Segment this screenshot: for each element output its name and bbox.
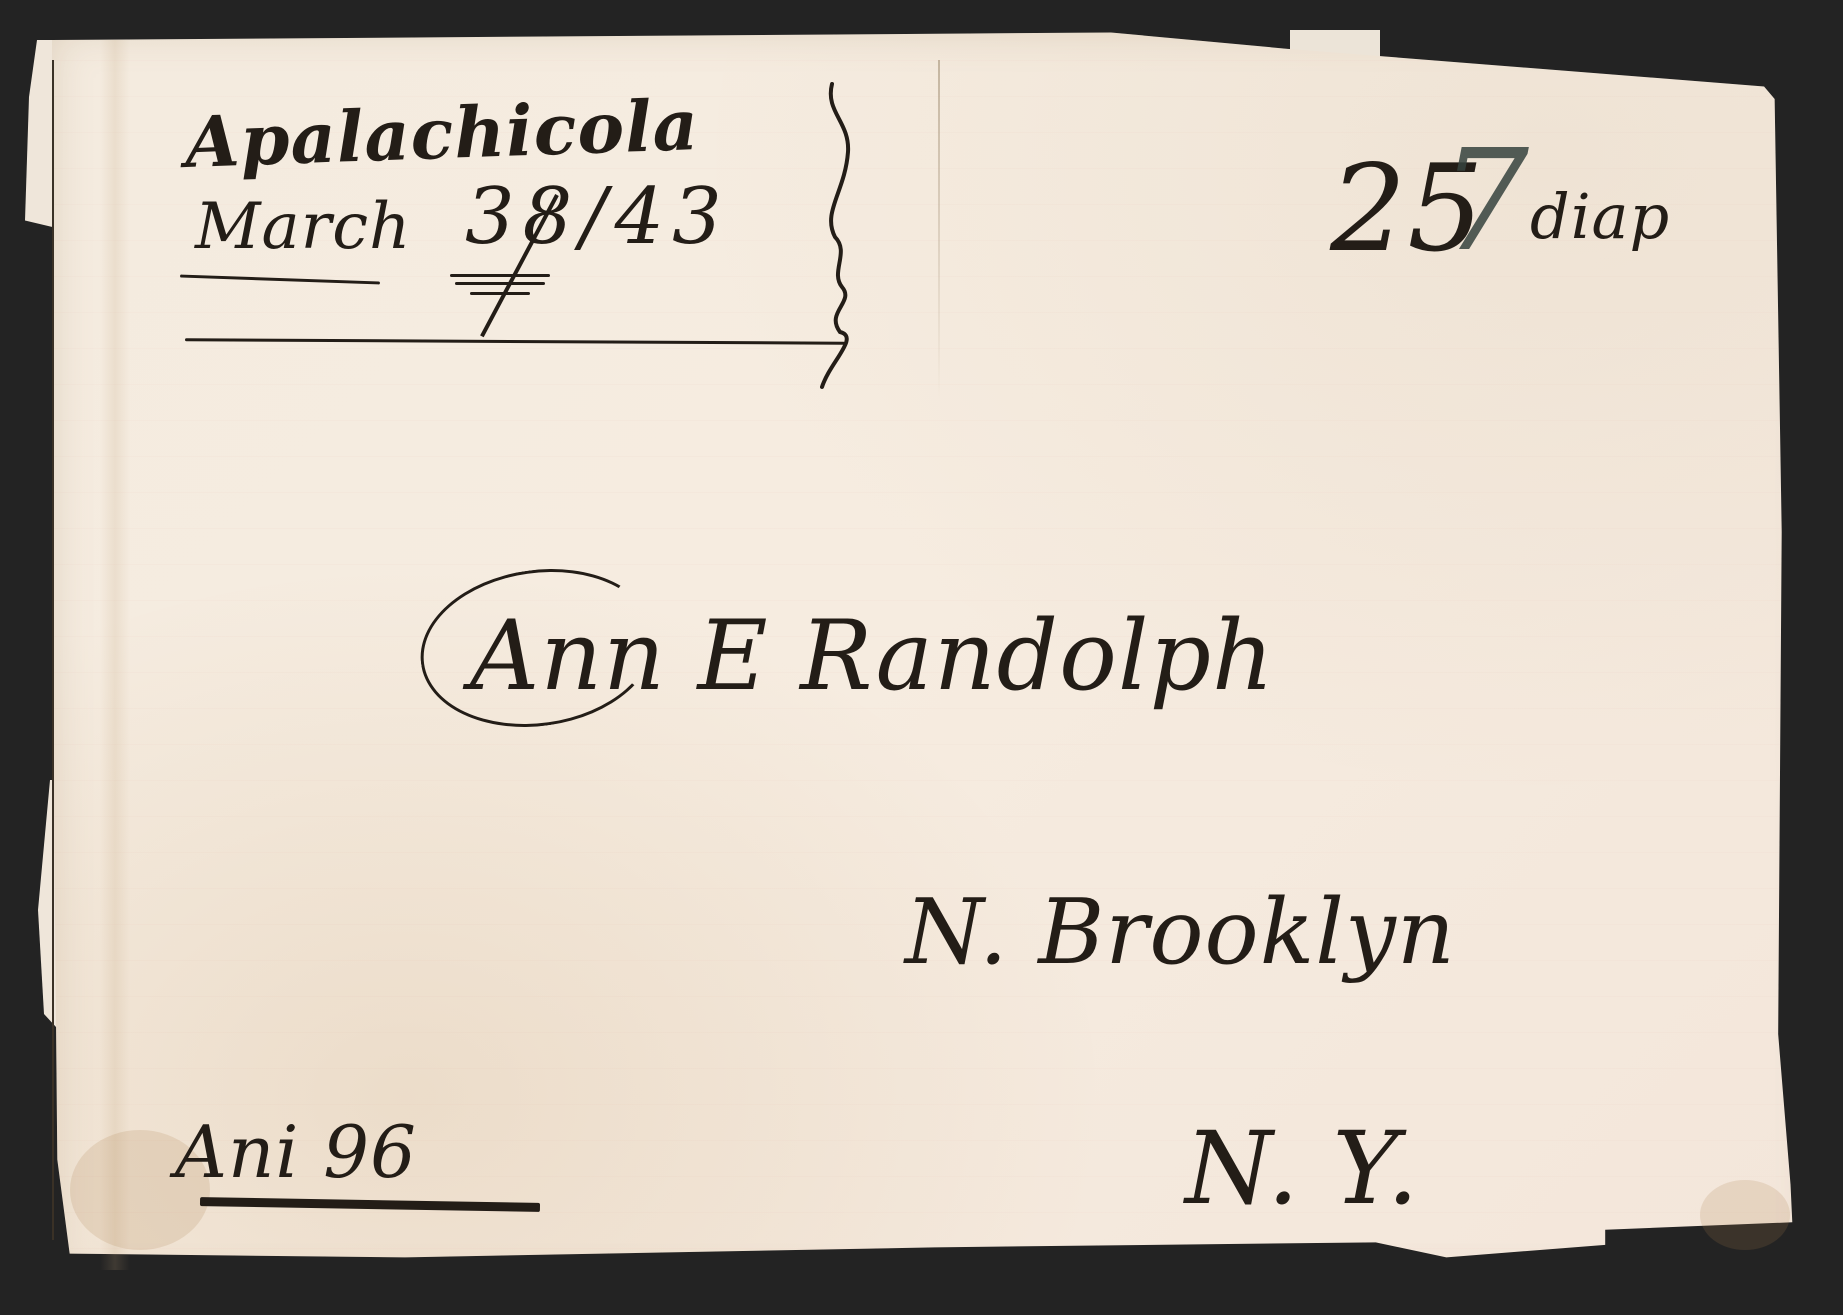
brace-flourish <box>820 82 880 392</box>
rate-mark: 7 <box>1440 120 1530 283</box>
cover-scan: Apalachicola March 38/43 25 7 diap Ann E… <box>0 0 1843 1315</box>
date-underline <box>455 282 545 285</box>
sheet-edge <box>52 60 54 1240</box>
address-state: N. Y. <box>1185 1110 1420 1227</box>
fold-crease-top <box>938 60 940 400</box>
origin-date: 38/43 <box>465 172 730 262</box>
addressee-name: Ann E Randolph <box>470 600 1275 712</box>
date-underline <box>470 292 530 295</box>
age-stain <box>1700 1180 1790 1250</box>
fold-crease-left <box>100 40 130 1270</box>
address-city: N. Brooklyn <box>905 880 1456 985</box>
date-underline <box>450 274 550 277</box>
docket-note: Ani 96 <box>175 1110 417 1194</box>
rate-note: diap <box>1530 180 1670 253</box>
origin-month: March <box>195 190 411 264</box>
